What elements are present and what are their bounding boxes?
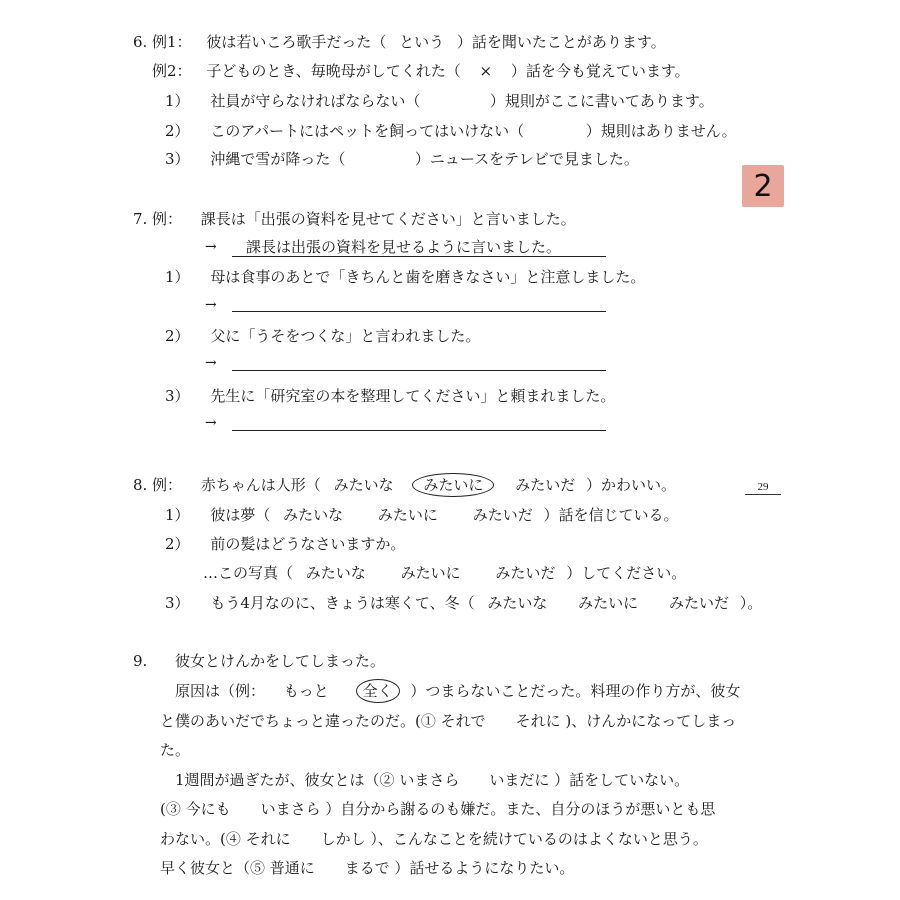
q8-item-3-option-2[interactable]: みたいに <box>578 594 638 612</box>
q7-item-1-answer-line[interactable] <box>232 311 606 312</box>
q7-item-2-answer-line[interactable] <box>232 370 606 371</box>
q6-item-2: 2） このアパートにはペットを飼ってはいけない（ ）規則はありません。 <box>165 122 737 140</box>
q6-ex1-text-b: ）話を聞いたことがあります。 <box>457 33 666 51</box>
question-9-number: 9. <box>133 652 147 670</box>
q7-ex-arrow: → <box>205 239 217 255</box>
question-6-number: 6. <box>133 33 147 51</box>
q8-item-3-option-3[interactable]: みたいだ <box>669 594 729 612</box>
q9-example-option-1: もっと <box>284 682 329 700</box>
q9-paragraph-line-7: 早く彼女と（⑤ 普通に まるで ）話せるようになりたい。 <box>160 859 574 877</box>
q8-ex-text-b: ）かわいい。 <box>586 476 676 494</box>
q9-example-option-2-circled: 全く <box>356 679 400 703</box>
q6-item-3-text-b: ）ニュースをテレビで見ました。 <box>415 150 639 168</box>
q6-ex2-answer: × <box>480 62 493 80</box>
q8-item-2-num: 2） <box>165 535 190 553</box>
q6-item-1-num: 1） <box>165 92 190 110</box>
q9-title: 彼女とけんかをしてしまった。 <box>175 652 385 670</box>
q7-item-2-arrow: → <box>205 355 217 371</box>
chapter-number: 2 <box>753 169 772 204</box>
q9-paragraph-line-6: わない。(④ それに しかし ）、こんなことを続けているのはよくないと思う。 <box>160 830 708 848</box>
q6-example-2: 例2： 子どものとき、毎晩母がしてくれた（ × ）話を今も覚えています。 <box>152 62 690 80</box>
q6-item-3-num: 3） <box>165 150 190 168</box>
q9-paragraph-line-2: と僕のあいだでちょっと違ったのだ。(① それで それに )、けんかになってしまっ <box>160 712 736 730</box>
question-7-number: 7. <box>133 210 147 228</box>
q7-item-3-arrow: → <box>205 415 217 431</box>
q8-item-2-option-2[interactable]: みたいに <box>401 564 461 582</box>
q7-item-3-text: 先生に「研究室の本を整理してください」と頼まれました。 <box>210 387 615 405</box>
q8-item-1: 1） 彼は夢（ みたいな みたいに みたいだ ）話を信じている。 <box>165 506 679 524</box>
q6-item-2-text-b: ）規則はありません。 <box>586 122 737 140</box>
q8-item-2-line-1: 前の髪はどうなさいますか。 <box>210 535 405 553</box>
q6-item-3-text-a: 沖縄で雪が降った（ <box>210 150 345 168</box>
q6-item-1: 1） 社員が守らなければならない（ ）規則がここに書いてあります。 <box>165 92 714 110</box>
q7-ex-text: 課長は「出張の資料を見せてください」と言いました。 <box>201 210 576 228</box>
q6-example-1: 例1： 彼は若いころ歌手だった（ という ）話を聞いたことがあります。 <box>152 33 666 51</box>
q8-item-3-num: 3） <box>165 594 190 612</box>
q8-item-1-option-2[interactable]: みたいに <box>378 506 438 524</box>
q7-ex-answer: 課長は出張の資料を見せるように言いました。 <box>246 238 561 256</box>
q7-example: 例： 課長は「出張の資料を見せてください」と言いました。 <box>152 210 576 228</box>
q9-paragraph-line-1: 原因は（例： もっと 全く ）つまらないことだった。料理の作り方が、彼女 <box>175 682 740 700</box>
q8-item-1-option-1[interactable]: みたいな <box>283 506 343 524</box>
q8-ex-option-2-circled: みたいに <box>412 473 494 497</box>
q8-ex-option-3: みたいだ <box>515 476 575 494</box>
q8-ex-option-1: みたいな <box>334 476 394 494</box>
q8-item-2-text-a: …この写真（ <box>203 564 293 582</box>
q6-ex1-label: 例1： <box>152 33 192 51</box>
q6-ex2-label: 例2： <box>152 62 192 80</box>
q7-ex-answer-line: 課長は出張の資料を見せるように言いました。 <box>232 238 606 257</box>
q8-item-2-option-1[interactable]: みたいな <box>306 564 366 582</box>
q7-item-1-num: 1） <box>165 268 190 286</box>
q7-item-1: 1） 母は食事のあとで「きちんと歯を磨きなさい」と注意しました。 <box>165 268 645 286</box>
q7-item-3: 3） 先生に「研究室の本を整理してください」と頼まれました。 <box>165 387 615 405</box>
page-number: 29 <box>745 481 781 495</box>
q7-ex-label: 例： <box>152 210 182 228</box>
q6-ex2-text-b: ）話を今も覚えています。 <box>511 62 690 80</box>
q9-paragraph-line-3: た。 <box>160 741 190 759</box>
q6-ex1-text-a: 彼は若いころ歌手だった（ <box>206 33 386 51</box>
q9-paragraph-line-4: 1週間が過ぎたが、彼女とは（② いまさら いまだに ）話をしていない。 <box>175 771 689 789</box>
q7-item-2: 2） 父に「うそをつくな」と言われました。 <box>165 327 480 345</box>
q6-item-2-num: 2） <box>165 122 190 140</box>
q6-item-1-text-b: ）規則がここに書いてあります。 <box>490 92 714 110</box>
q8-item-3-text-a: もう4月なのに、きょうは寒くて、冬（ <box>210 594 474 612</box>
chapter-badge: 2 <box>742 165 784 207</box>
q7-item-1-arrow: → <box>205 297 217 313</box>
q8-example: 例： 赤ちゃんは人形（ みたいな みたいに みたいだ ）かわいい。 <box>152 476 676 494</box>
q6-ex2-text-a: 子どものとき、毎晩母がしてくれた（ <box>206 62 460 80</box>
q8-item-3-option-1[interactable]: みたいな <box>487 594 547 612</box>
q8-ex-label: 例： <box>152 476 182 494</box>
q8-item-1-text-b: ）話を信じている。 <box>544 506 679 524</box>
q8-item-2: 2） 前の髪はどうなさいますか。 <box>165 535 405 553</box>
q9-p1-text-b: ）つまらないことだった。料理の作り方が、彼女 <box>410 682 740 700</box>
question-8-number: 8. <box>133 476 147 494</box>
q8-item-1-text-a: 彼は夢（ <box>210 506 270 524</box>
q8-item-2-option-3[interactable]: みたいだ <box>495 564 555 582</box>
q8-item-2-line-2: …この写真（ みたいな みたいに みたいだ ）してください。 <box>203 564 686 582</box>
q6-item-3: 3） 沖縄で雪が降った（ ）ニュースをテレビで見ました。 <box>165 150 639 168</box>
q8-item-3-text-b: ）。 <box>740 594 763 612</box>
q7-item-3-answer-line[interactable] <box>232 430 606 431</box>
q7-item-2-num: 2） <box>165 327 190 345</box>
q8-item-2-text-b: ）してください。 <box>566 564 686 582</box>
q8-ex-text-a: 赤ちゃんは人形（ <box>201 476 321 494</box>
q8-item-1-num: 1） <box>165 506 190 524</box>
q9-p1-text-a: 原因は（例： <box>175 682 265 700</box>
q6-ex1-answer: という <box>399 33 444 51</box>
q7-item-3-num: 3） <box>165 387 190 405</box>
q7-item-1-text: 母は食事のあとで「きちんと歯を磨きなさい」と注意しました。 <box>210 268 645 286</box>
q6-item-2-text-a: このアパートにはペットを飼ってはいけない（ <box>210 122 524 140</box>
q8-item-3: 3） もう4月なのに、きょうは寒くて、冬（ みたいな みたいに みたいだ ）。 <box>165 594 762 612</box>
q9-paragraph-line-5: (③ 今にも いまさら ）自分から謝るのも嫌だ。また、自分のほうが悪いとも思 <box>160 800 715 818</box>
q7-item-2-text: 父に「うそをつくな」と言われました。 <box>210 327 480 345</box>
q8-item-1-option-3[interactable]: みたいだ <box>473 506 533 524</box>
q6-item-1-text-a: 社員が守らなければならない（ <box>210 92 420 110</box>
